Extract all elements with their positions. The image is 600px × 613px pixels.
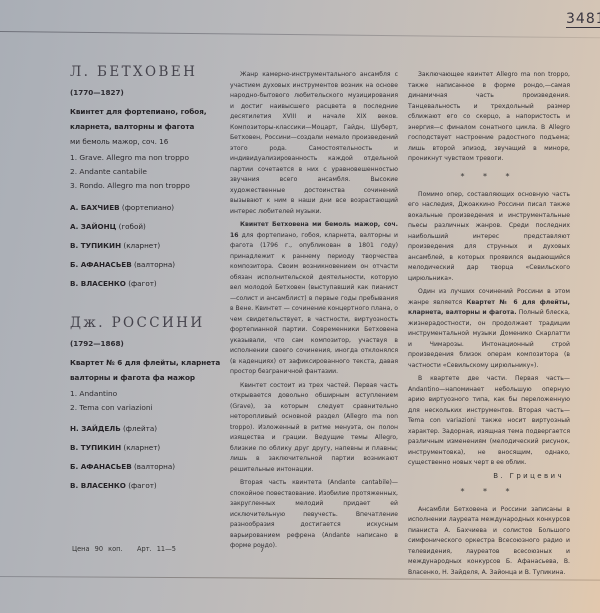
- section-separator: * * *: [408, 172, 570, 181]
- performer: В. ВЛАСЕНКО (фагот): [70, 274, 240, 293]
- paragraph-first-movement: Квинтет состоит из трех частей. Первая ч…: [230, 381, 398, 476]
- composer-beethoven: Л. БЕТХОВЕН: [70, 64, 240, 80]
- rossini-performers: Н. ЗАЙДЕЛЬ (флейта) В. ТУПИКИН (кларнет)…: [70, 419, 240, 495]
- price-label: Цена 90 коп.: [72, 545, 123, 553]
- section-separator: * * *: [408, 487, 570, 496]
- paragraph-beethoven-quintet: Квинтет Бетховена ми бемоль мажор, соч. …: [230, 220, 398, 378]
- paragraph-rossini-quartet: Один из лучших сочинений Россини в этом …: [408, 287, 570, 371]
- movement: 1. Andantino: [70, 387, 240, 401]
- performer: Н. ЗАЙДЕЛЬ (флейта): [70, 419, 240, 438]
- paragraph-rossini-intro: Помимо опер, составляющих основную часть…: [408, 190, 570, 285]
- performer: В. ТУПИКИН (кларнет): [70, 438, 240, 457]
- sleeve-seam-top: [0, 31, 600, 38]
- program-column: Л. БЕТХОВЕН (1770—1827) Квинтет для форт…: [70, 64, 240, 495]
- work-title-line: Квинтет для фортепиано, гобоя,: [70, 104, 240, 119]
- work-title-line: валторны и фагота фа мажор: [70, 370, 240, 385]
- movement: 2. Tema con variazioni: [70, 401, 240, 415]
- paragraph-genre-intro: Жанр камерно-инструментального ансамбля …: [230, 70, 398, 217]
- performer: Б. АФАНАСЬЕВ (валторна): [70, 457, 240, 476]
- performer: В. ВЛАСЕНКО (фагот): [70, 476, 240, 495]
- author-signature: В. Грицевич: [408, 472, 564, 480]
- movement: 1. Grave. Allegro ma non troppo: [70, 151, 240, 165]
- rossini-dates: (1792—1868): [70, 339, 240, 348]
- liner-notes-right: Заключающее квинтет Allegro ma non tropp…: [408, 70, 570, 581]
- paragraph-quartet-parts: В квартете две части. Первая часть—Andan…: [408, 374, 570, 469]
- rossini-work-title: Квартет № 6 для флейты, кларнета валторн…: [70, 355, 240, 385]
- beethoven-movements: 1. Grave. Allegro ma non troppo 2. Andan…: [70, 151, 240, 194]
- movement: 3. Rondo. Allegro ma non troppo: [70, 179, 240, 193]
- performer: Б. АФАНАСЬЕВ (валторна): [70, 255, 240, 274]
- performer: А. БАХЧИЕВ (фортепиано): [70, 198, 240, 217]
- paragraph-finale: Заключающее квинтет Allegro ma non tropp…: [408, 70, 570, 165]
- composer-rossini: Дж. РОССИНИ: [70, 315, 240, 331]
- work-title-line: Квартет № 6 для флейты, кларнета: [70, 355, 240, 370]
- beethoven-work-title: Квинтет для фортепиано, гобоя, кларнета,…: [70, 104, 240, 134]
- work-title-line: кларнета, валторны и фагота: [70, 119, 240, 134]
- paragraph-performers-credit: Ансамбли Бетховена и Россини записаны в …: [408, 505, 570, 579]
- beethoven-dates: (1770—1827): [70, 88, 240, 97]
- inventory-mark: 3481: [566, 12, 600, 28]
- beethoven-key: ми бемоль мажор, соч. 16: [70, 134, 240, 149]
- performer: В. ТУПИКИН (кларнет): [70, 236, 240, 255]
- performer: А. ЗАЙОНЦ (гобой): [70, 217, 240, 236]
- article-number: Арт. 11—5: [137, 545, 176, 553]
- beethoven-performers: А. БАХЧИЕВ (фортепиано) А. ЗАЙОНЦ (гобой…: [70, 198, 240, 293]
- liner-notes-middle: Жанр камерно-инструментального ансамбля …: [230, 70, 398, 555]
- rossini-movements: 1. Andantino 2. Tema con variazioni: [70, 387, 240, 415]
- paragraph-second-movement: Вторая часть квинтета (Andante cantabile…: [230, 478, 398, 552]
- movement: 2. Andante cantabile: [70, 165, 240, 179]
